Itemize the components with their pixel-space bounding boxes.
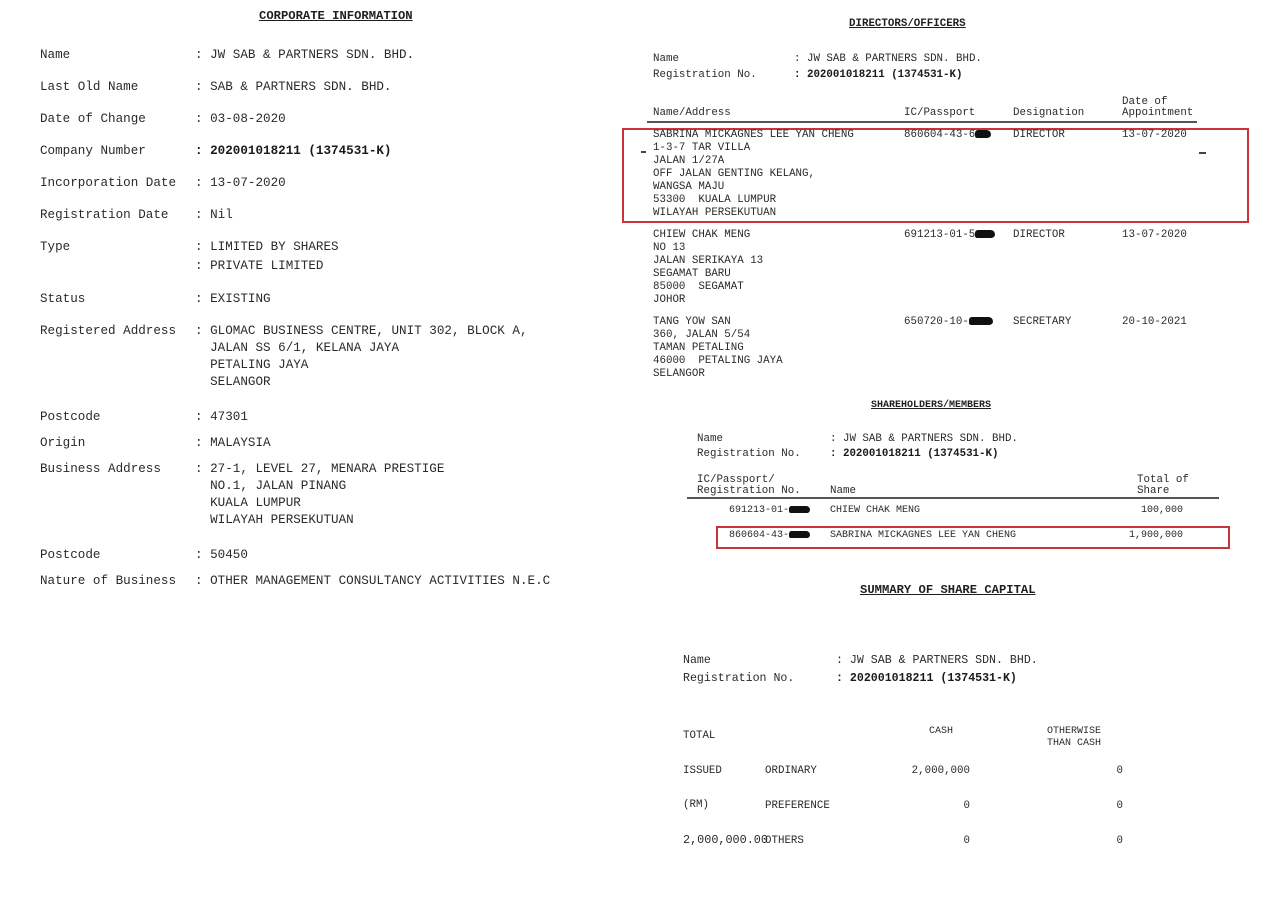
field-value: : 13-07-2020 (195, 176, 286, 190)
sh-header-name: Name (830, 485, 856, 497)
header-designation: Designation (1013, 107, 1084, 119)
field-value: : 202001018211 (1374531-K) (195, 144, 392, 158)
director-address-line: SEGAMAT BARU (653, 268, 731, 280)
header-ic-passport: IC/Passport (904, 107, 975, 119)
director-address-line: 1-3-7 TAR VILLA (653, 142, 750, 154)
share-capital-title: SUMMARY OF SHARE CAPITAL (860, 583, 1036, 597)
director-ic: 650720-10- (904, 316, 993, 328)
field-value: : GLOMAC BUSINESS CENTRE, UNIT 302, BLOC… (195, 324, 528, 338)
director-address-line: 360, JALAN 5/54 (653, 329, 750, 341)
field-label: Company Number (40, 144, 146, 158)
field-value: : 27-1, LEVEL 27, MENARA PRESTIGE (195, 462, 444, 476)
sh-header-total-line2: Share (1137, 485, 1169, 497)
director-address-line: JALAN SERIKAYA 13 (653, 255, 763, 267)
director-address-line: WILAYAH PERSEKUTUAN (653, 207, 776, 219)
field-value: : 47301 (195, 410, 248, 424)
field-value: : Nil (195, 208, 233, 222)
director-ic: 860604-43-6 (904, 129, 991, 141)
capital-cash: 0 (964, 800, 970, 812)
field-value: : JW SAB & PARTNERS SDN. BHD. (195, 48, 414, 62)
directors-header-rule (647, 121, 1197, 123)
margin-mark-left (641, 151, 646, 153)
director-ic: 691213-01-5 (904, 229, 995, 241)
field-value: SELANGOR (195, 375, 271, 389)
director-name: TANG YOW SAN (653, 316, 731, 328)
capital-name-value: : JW SAB & PARTNERS SDN. BHD. (836, 654, 1038, 667)
field-label: Postcode (40, 410, 100, 424)
shareholders-reg-label: Registration No. (697, 448, 801, 460)
field-label: Registered Address (40, 324, 176, 338)
director-appointment-date: 20-10-2021 (1122, 316, 1187, 328)
capital-name-label: Name (683, 654, 711, 667)
capital-otherwise: 0 (1117, 765, 1123, 777)
field-value: PETALING JAYA (195, 358, 308, 372)
directors-name-value: : JW SAB & PARTNERS SDN. BHD. (794, 53, 982, 65)
shareholders-name-label: Name (697, 433, 723, 445)
shareholders-header-rule (687, 497, 1219, 499)
shareholders-name-value: : JW SAB & PARTNERS SDN. BHD. (830, 433, 1018, 445)
director-appointment-date: 13-07-2020 (1122, 229, 1187, 241)
directors-reg-value: : 202001018211 (1374531-K) (794, 69, 962, 81)
director-ic-visible: 650720-10- (904, 316, 969, 328)
sh-header-ic-line2: Registration No. (697, 485, 801, 497)
field-value: : LIMITED BY SHARES (195, 240, 339, 254)
field-label: Origin (40, 436, 85, 450)
director-address-line: TAMAN PETALING (653, 342, 744, 354)
director-address-line: WANGSA MAJU (653, 181, 724, 193)
field-label: Type (40, 240, 70, 254)
shareholders-title: SHAREHOLDERS/MEMBERS (871, 400, 991, 411)
field-label: Last Old Name (40, 80, 138, 94)
otherwise-header-line1: OTHERWISE (1047, 726, 1101, 737)
total-issued-amount: 2,000,000.00 (683, 835, 768, 847)
field-label: Status (40, 292, 85, 306)
field-value: : OTHER MANAGEMENT CONSULTANCY ACTIVITIE… (195, 574, 550, 588)
director-address-line: SELANGOR (653, 368, 705, 380)
shareholder-total: 100,000 (1141, 505, 1183, 516)
redaction-mark (975, 230, 995, 238)
field-value: KUALA LUMPUR (195, 496, 301, 510)
director-designation: DIRECTOR (1013, 229, 1065, 241)
redaction-mark (789, 531, 810, 538)
director-ic-visible: 860604-43-6 (904, 129, 975, 141)
field-value: JALAN SS 6/1, KELANA JAYA (195, 341, 399, 355)
margin-mark-right (1199, 152, 1206, 154)
shareholder-name: SABRINA MICKAGNES LEE YAN CHENG (830, 530, 1016, 541)
director-ic-visible: 691213-01-5 (904, 229, 975, 241)
field-label: Nature of Business (40, 574, 176, 588)
director-address-line: 85000 SEGAMAT (653, 281, 744, 293)
director-name: CHIEW CHAK MENG (653, 229, 750, 241)
redaction-mark (975, 130, 991, 138)
otherwise-header-line2: THAN CASH (1047, 738, 1101, 749)
redaction-mark (789, 506, 810, 513)
field-label: Postcode (40, 548, 100, 562)
field-label: Name (40, 48, 70, 62)
director-address-line: JOHOR (653, 294, 685, 306)
director-address-line: NO 13 (653, 242, 685, 254)
capital-otherwise: 0 (1117, 800, 1123, 812)
field-value: : PRIVATE LIMITED (195, 259, 323, 273)
field-value: : 50450 (195, 548, 248, 562)
shareholder-ic: 691213-01- (729, 505, 810, 516)
field-value: : EXISTING (195, 292, 271, 306)
director-designation: SECRETARY (1013, 316, 1071, 328)
total-issued-block: TOTAL ISSUED (RM) 2,000,000.00 (683, 708, 768, 869)
field-label: Date of Change (40, 112, 146, 126)
header-name-address: Name/Address (653, 107, 731, 119)
capital-type: ORDINARY (765, 765, 817, 777)
total-issued-line1: TOTAL (683, 731, 768, 743)
field-label: Incorporation Date (40, 176, 176, 190)
director-address-line: OFF JALAN GENTING KELANG, (653, 168, 815, 180)
field-value: : SAB & PARTNERS SDN. BHD. (195, 80, 392, 94)
field-label: Registration Date (40, 208, 168, 222)
shareholders-reg-value: : 202001018211 (1374531-K) (830, 448, 998, 460)
director-name: SABRINA MICKAGNES LEE YAN CHENG (653, 129, 854, 141)
capital-cash: 2,000,000 (912, 765, 970, 777)
field-value: : 03-08-2020 (195, 112, 286, 126)
capital-type: OTHERS (765, 835, 804, 847)
total-issued-line3: (RM) (683, 800, 768, 812)
director-address-line: 46000 PETALING JAYA (653, 355, 783, 367)
shareholder-ic-visible: 691213-01- (729, 505, 789, 516)
director-address-line: 53300 KUALA LUMPUR (653, 194, 776, 206)
cash-header: CASH (929, 726, 953, 737)
director-address-line: JALAN 1/27A (653, 155, 724, 167)
capital-reg-label: Registration No. (683, 672, 794, 685)
directors-name-label: Name (653, 53, 679, 65)
shareholder-ic: 860604-43- (729, 530, 810, 541)
total-issued-line2: ISSUED (683, 766, 768, 778)
field-value: NO.1, JALAN PINANG (195, 479, 346, 493)
redaction-mark (969, 317, 993, 325)
director-appointment-date: 13-07-2020 (1122, 129, 1187, 141)
directors-officers-title: DIRECTORS/OFFICERS (849, 18, 966, 30)
header-date-line2: Appointment (1122, 107, 1193, 119)
corporate-information-title: CORPORATE INFORMATION (259, 9, 413, 23)
field-value: WILAYAH PERSEKUTUAN (195, 513, 354, 527)
field-value: : MALAYSIA (195, 436, 271, 450)
capital-type: PREFERENCE (765, 800, 830, 812)
capital-reg-value: : 202001018211 (1374531-K) (836, 672, 1017, 685)
field-label: Business Address (40, 462, 161, 476)
shareholder-name: CHIEW CHAK MENG (830, 505, 920, 516)
capital-otherwise: 0 (1117, 835, 1123, 847)
shareholder-ic-visible: 860604-43- (729, 530, 789, 541)
capital-cash: 0 (964, 835, 970, 847)
director-designation: DIRECTOR (1013, 129, 1065, 141)
shareholder-total: 1,900,000 (1129, 530, 1183, 541)
directors-reg-label: Registration No. (653, 69, 757, 81)
